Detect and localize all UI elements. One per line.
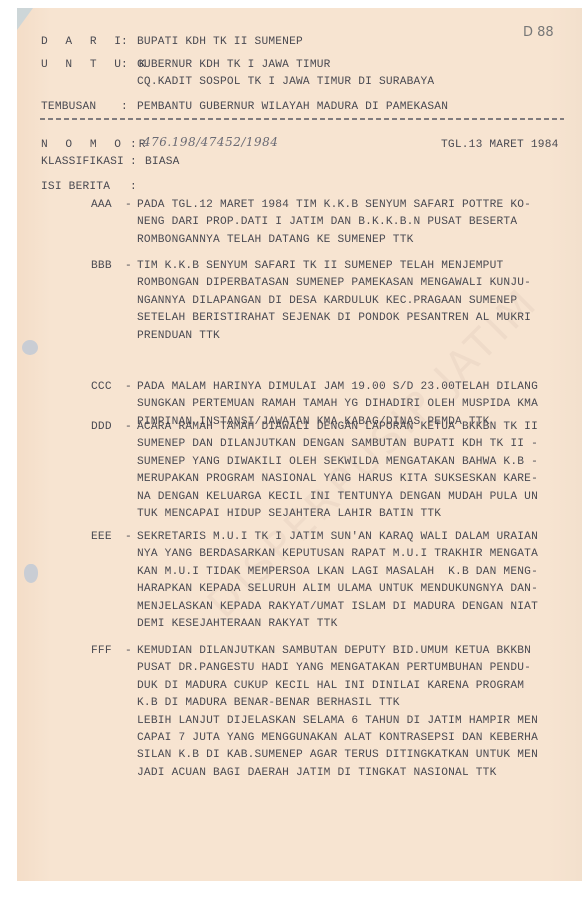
section-code: CCC [91,379,112,396]
cc-label: TEMBUSAN [41,99,96,116]
section-line: KEMUDIAN DILANJUTKAN SAMBUTAN DEPUTY BID… [137,643,531,660]
cc-value: PEMBANTU GUBERNUR WILAYAH MADURA DI PAME… [137,99,448,116]
section-line: K.B DI MADURA BENAR-BENAR BERHASIL TTK [137,695,400,712]
section-line: JADI ACUAN BAGI DAERAH JATIM DI TINGKAT … [137,765,497,782]
section-dash: - [125,197,132,214]
classification-label: KLASSIFIKASI [41,154,124,171]
section-code: FFF [91,643,112,660]
section-line: SUNGKAN PERTEMUAN RAMAH TAMAH YG DIHADIR… [137,396,538,413]
content-label: ISI BERITA [41,179,110,196]
content-separator: : [130,179,137,196]
section-line: NYA YANG BERDASARKAN KEPUTUSAN RAPAT M.U… [137,546,538,563]
section-line: SETELAH BERISTIRAHAT SEJENAK DI PONDOK P… [137,310,531,327]
number-value-handwritten: 476.198/47452/1984 [143,135,278,149]
section-line: SUMENEP DAN DILANJUTKAN DENGAN SAMBUTAN … [137,436,538,453]
from-separator: : [121,34,128,51]
document-date: TGL.13 MARET 1984 [441,137,559,154]
from-label: D A R I [41,34,127,51]
section-line: HARAPKAN KEPADA SELURUH ALIM ULAMA UNTUK… [137,581,538,598]
to-separator: : [121,57,128,74]
section-code: DDD [91,419,112,436]
section-line: SILAN K.B DI KAB.SUMENEP AGAR TERUS DITI… [137,747,538,764]
section-line: SUMENEP YANG DIWAKILI OLEH SEKWILDA MENG… [137,454,538,471]
section-line: ROMBONGAN DIPERBATASAN SUMENEP PAMEKASAN… [137,275,531,292]
to-value-line1: GUBERNUR KDH TK I JAWA TIMUR [137,57,331,74]
section-line: LEBIH LANJUT DIJELASKAN SELAMA 6 TAHUN D… [137,713,538,730]
section-line: DEMI KESEJAHTERAAN RAKYAT TTK [137,616,338,633]
section-line: ACARA RAMAH TAMAH DIAWALI DENGAN LAPORAN… [137,419,538,436]
section-line: SEKRETARIS M.U.I TK I JATIM SUN'AN KARAQ… [137,529,538,546]
to-label: U N T U K [41,57,151,74]
section-line: NGANNYA DILAPANGAN DI DESA KARDULUK KEC.… [137,293,517,310]
section-dash: - [125,258,132,275]
section-dash: - [125,643,132,660]
section-line: MERUPAKAN PROGRAM NASIONAL YANG HARUS KI… [137,471,538,488]
section-line: PADA MALAM HARINYA DIMULAI JAM 19.00 S/D… [137,379,538,396]
section-line: KAN M.U.I TIDAK MEMPERSOA LKAN LAGI MASA… [137,564,538,581]
section-code: BBB [91,258,112,275]
cc-separator: : [121,99,128,116]
section-line: PADA TGL.12 MARET 1984 TIM K.K.B SENYUM … [137,197,531,214]
section-line: DUK DI MADURA CUKUP KECIL HAL INI DINILA… [137,678,524,695]
section-line: TUK MENCAPAI HIDUP SEJAHTERA LAHIR BATIN… [137,506,441,523]
section-line: PRENDUAN TTK [137,328,220,345]
classification-separator: : [130,154,137,171]
section-line: ROMBONGANNYA TELAH DATANG KE SUMENEP TTK [137,232,414,249]
punch-hole [22,340,38,355]
section-line: TIM K.K.B SENYUM SAFARI TK II SUMENEP TE… [137,258,503,275]
section-dash: - [125,419,132,436]
punch-hole [24,564,38,583]
to-value-line2: CQ.KADIT SOSPOL TK I JAWA TIMUR DI SURAB… [137,74,434,91]
classification-value: BIASA [145,154,180,171]
section-dash: - [125,379,132,396]
number-separator: : [130,137,137,154]
separator-line [40,118,564,120]
from-value: BUPATI KDH TK II SUMENEP [137,34,303,51]
section-line: NENG DARI PROP.DATI I JATIM DAN B.K.K.B.… [137,214,517,231]
section-line: CAPAI 7 JUTA YANG MENGGUNAKAN ALAT KONTR… [137,730,538,747]
section-dash: - [125,529,132,546]
section-line: MENJELASKAN KEPADA RAKYAT/UMAT ISLAM DI … [137,599,538,616]
section-code: EEE [91,529,112,546]
section-line: NA DENGAN KELUARGA KECIL INI TENTUNYA DE… [137,489,538,506]
section-code: AAA [91,197,112,214]
section-line: PUSAT DR.PANGESTU HADI YANG MENGATAKAN P… [137,660,531,677]
archive-code: D 88 [523,25,554,40]
